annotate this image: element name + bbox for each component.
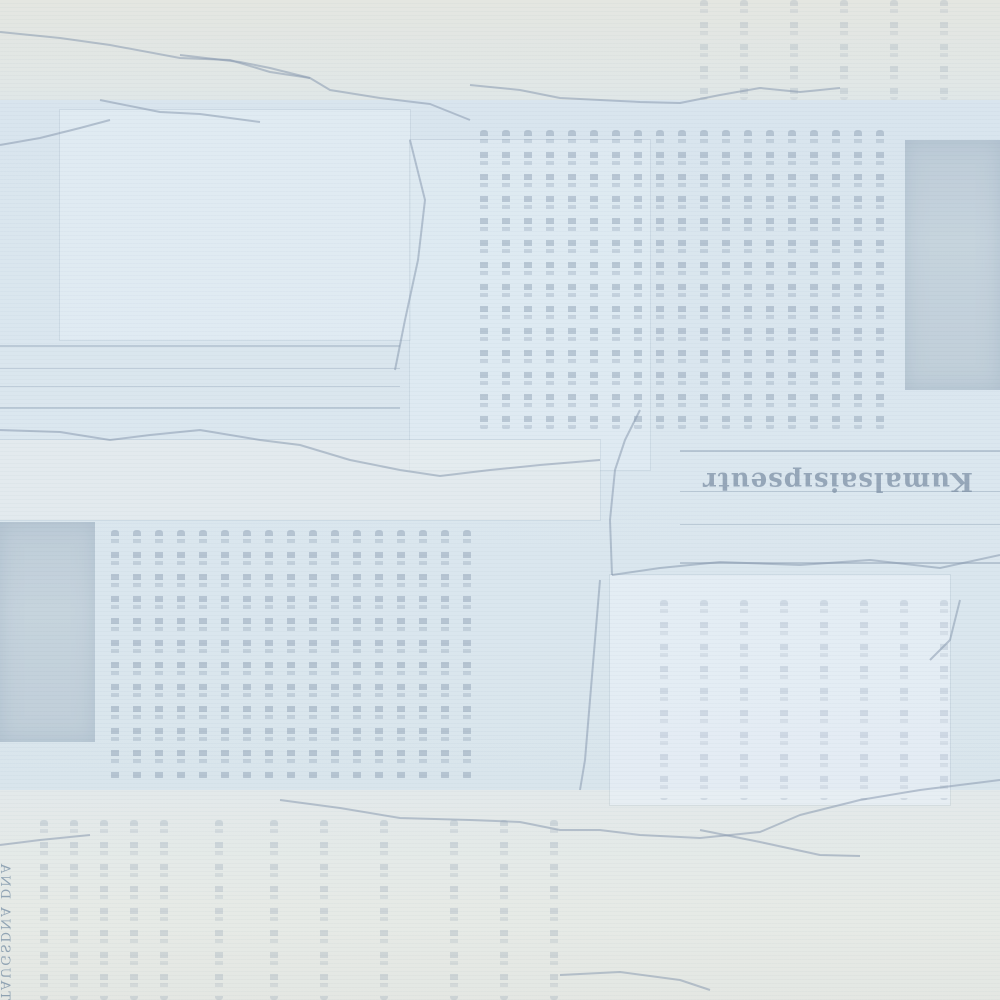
handwriting-block-lower-right bbox=[640, 600, 960, 800]
handwriting-block-bottom bbox=[30, 820, 730, 1000]
left-music-staff bbox=[0, 345, 400, 409]
collage-canvas: Kumalsaisıpseutr TAUGSDNA DNA bbox=[0, 0, 1000, 1000]
left-portrait bbox=[0, 522, 95, 742]
handwriting-block-upper bbox=[470, 130, 900, 430]
top-right-portrait bbox=[905, 140, 1000, 390]
staff-title-glyphs: Kumalsaisıpseutr bbox=[702, 466, 973, 496]
handwriting-block-middle bbox=[105, 530, 485, 780]
handwriting-block-top bbox=[680, 0, 1000, 100]
right-music-staff: Kumalsaisıpseutr bbox=[680, 450, 1000, 564]
paper-patch bbox=[0, 440, 600, 520]
mirrored-text-fragment: TAUGSDNA DNA bbox=[0, 862, 12, 1000]
paper-patch bbox=[60, 110, 410, 340]
